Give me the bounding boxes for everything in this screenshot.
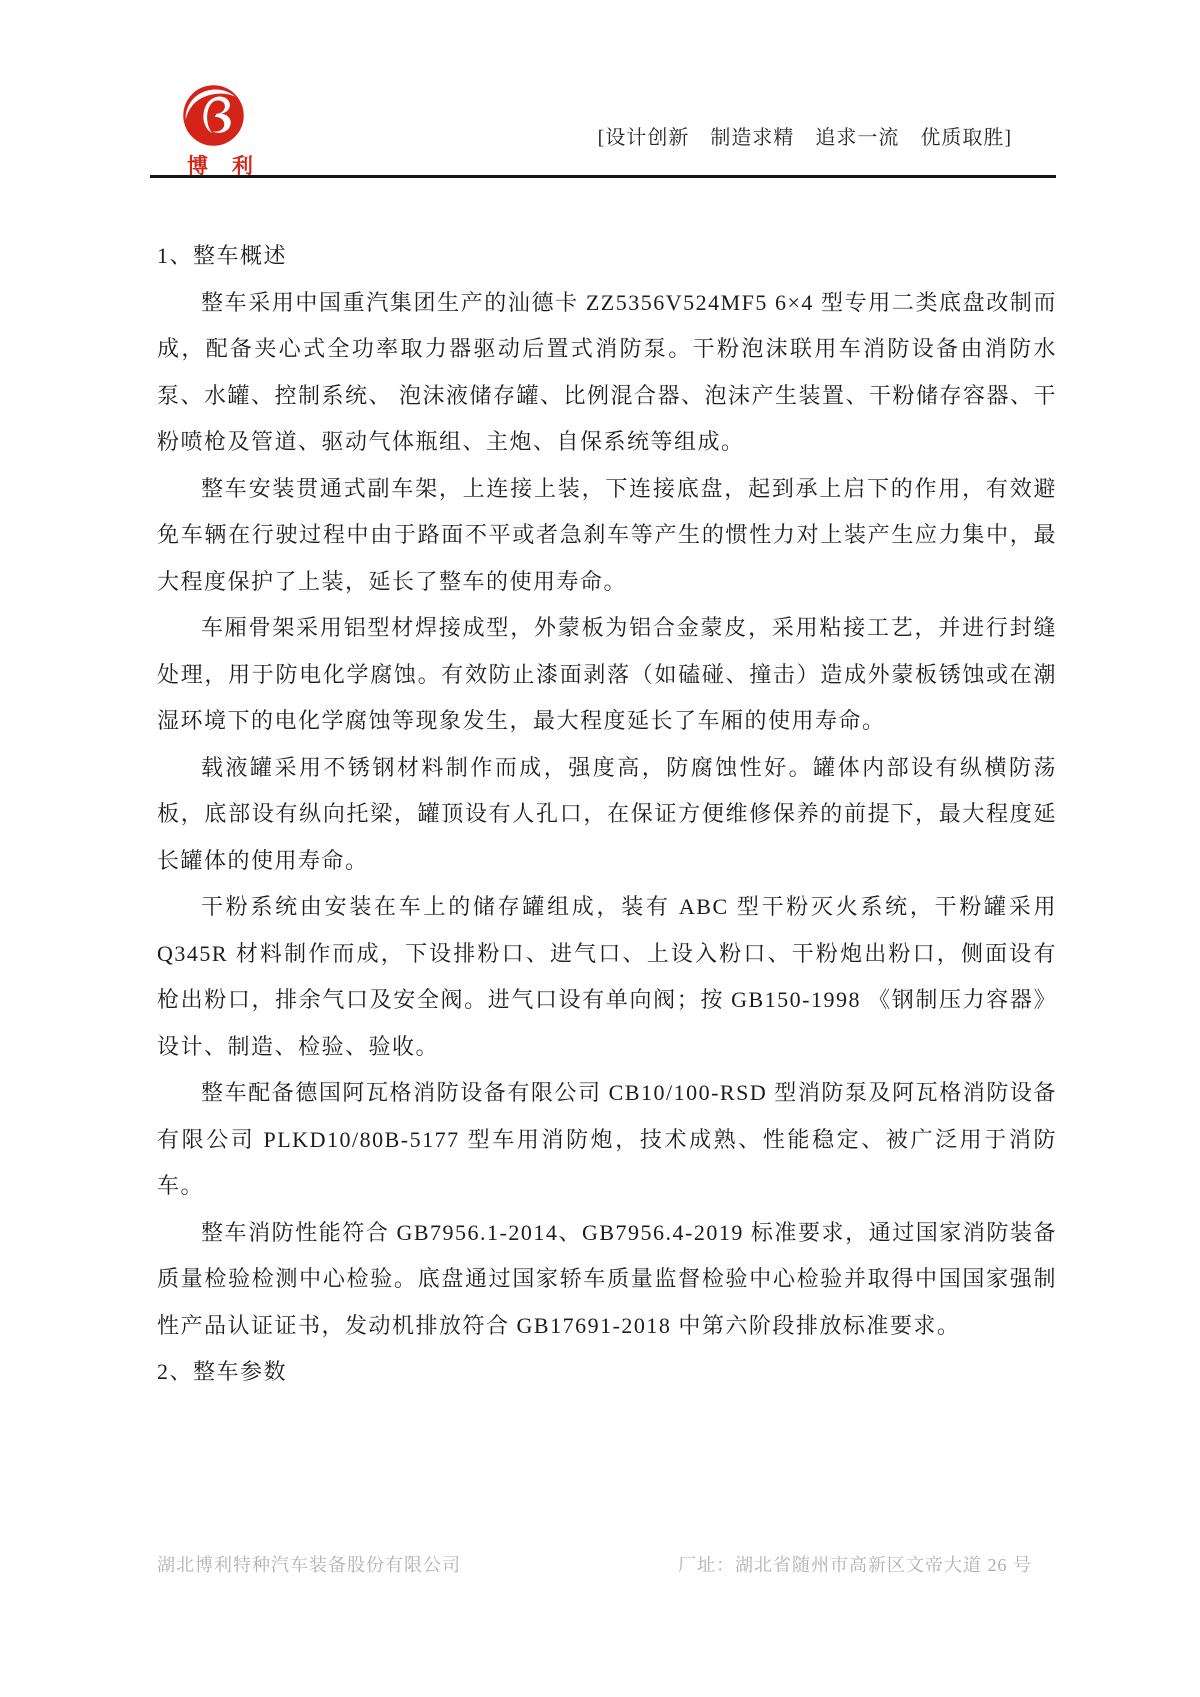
- header-divider: [150, 175, 1056, 178]
- paragraph-chassis-overview: 整车采用中国重汽集团生产的汕德卡 ZZ5356V524MF5 6×4 型专用二类…: [157, 280, 1057, 466]
- paragraph-dry-powder-system: 干粉系统由安装在车上的储存罐组成，装有 ABC 型干粉灭火系统，干粉罐采用 Q3…: [157, 884, 1057, 1070]
- boli-company-logo-icon: [182, 84, 245, 147]
- section-heading-2: 2、整车参数: [157, 1349, 1057, 1396]
- paragraph-pump-monitor: 整车配备德国阿瓦格消防设备有限公司 CB10/100-RSD 型消防泵及阿瓦格消…: [157, 1070, 1057, 1210]
- page-footer: 湖北博利特种汽车装备股份有限公司 厂址：湖北省随州市高新区文帝大道 26 号: [157, 1551, 1032, 1577]
- paragraph-cabin-frame: 车厢骨架采用铝型材焊接成型，外蒙板为铝合金蒙皮，采用粘接工艺，并进行封缝处理，用…: [157, 605, 1057, 745]
- section-heading-1: 1、整车概述: [157, 233, 1057, 280]
- document-page: 博 利 [设计创新 制造求精 追求一流 优质取胜] 1、整车概述 整车采用中国重…: [0, 0, 1200, 1697]
- paragraph-liquid-tank: 载液罐采用不锈钢材料制作而成，强度高，防腐蚀性好。罐体内部设有纵横防荡板，底部设…: [157, 745, 1057, 885]
- document-body: 1、整车概述 整车采用中国重汽集团生产的汕德卡 ZZ5356V524MF5 6×…: [157, 233, 1057, 1396]
- paragraph-standards: 整车消防性能符合 GB7956.1-2014、GB7956.4-2019 标准要…: [157, 1210, 1057, 1350]
- paragraph-subframe: 整车安装贯通式副车架，上连接上装，下连接底盘，起到承上启下的作用，有效避免车辆在…: [157, 466, 1057, 606]
- header-tagline: [设计创新 制造求精 追求一流 优质取胜]: [598, 121, 1012, 150]
- company-logo: 博 利: [178, 84, 248, 180]
- footer-address: 厂址：湖北省随州市高新区文帝大道 26 号: [678, 1551, 1032, 1577]
- footer-company-name: 湖北博利特种汽车装备股份有限公司: [157, 1551, 461, 1577]
